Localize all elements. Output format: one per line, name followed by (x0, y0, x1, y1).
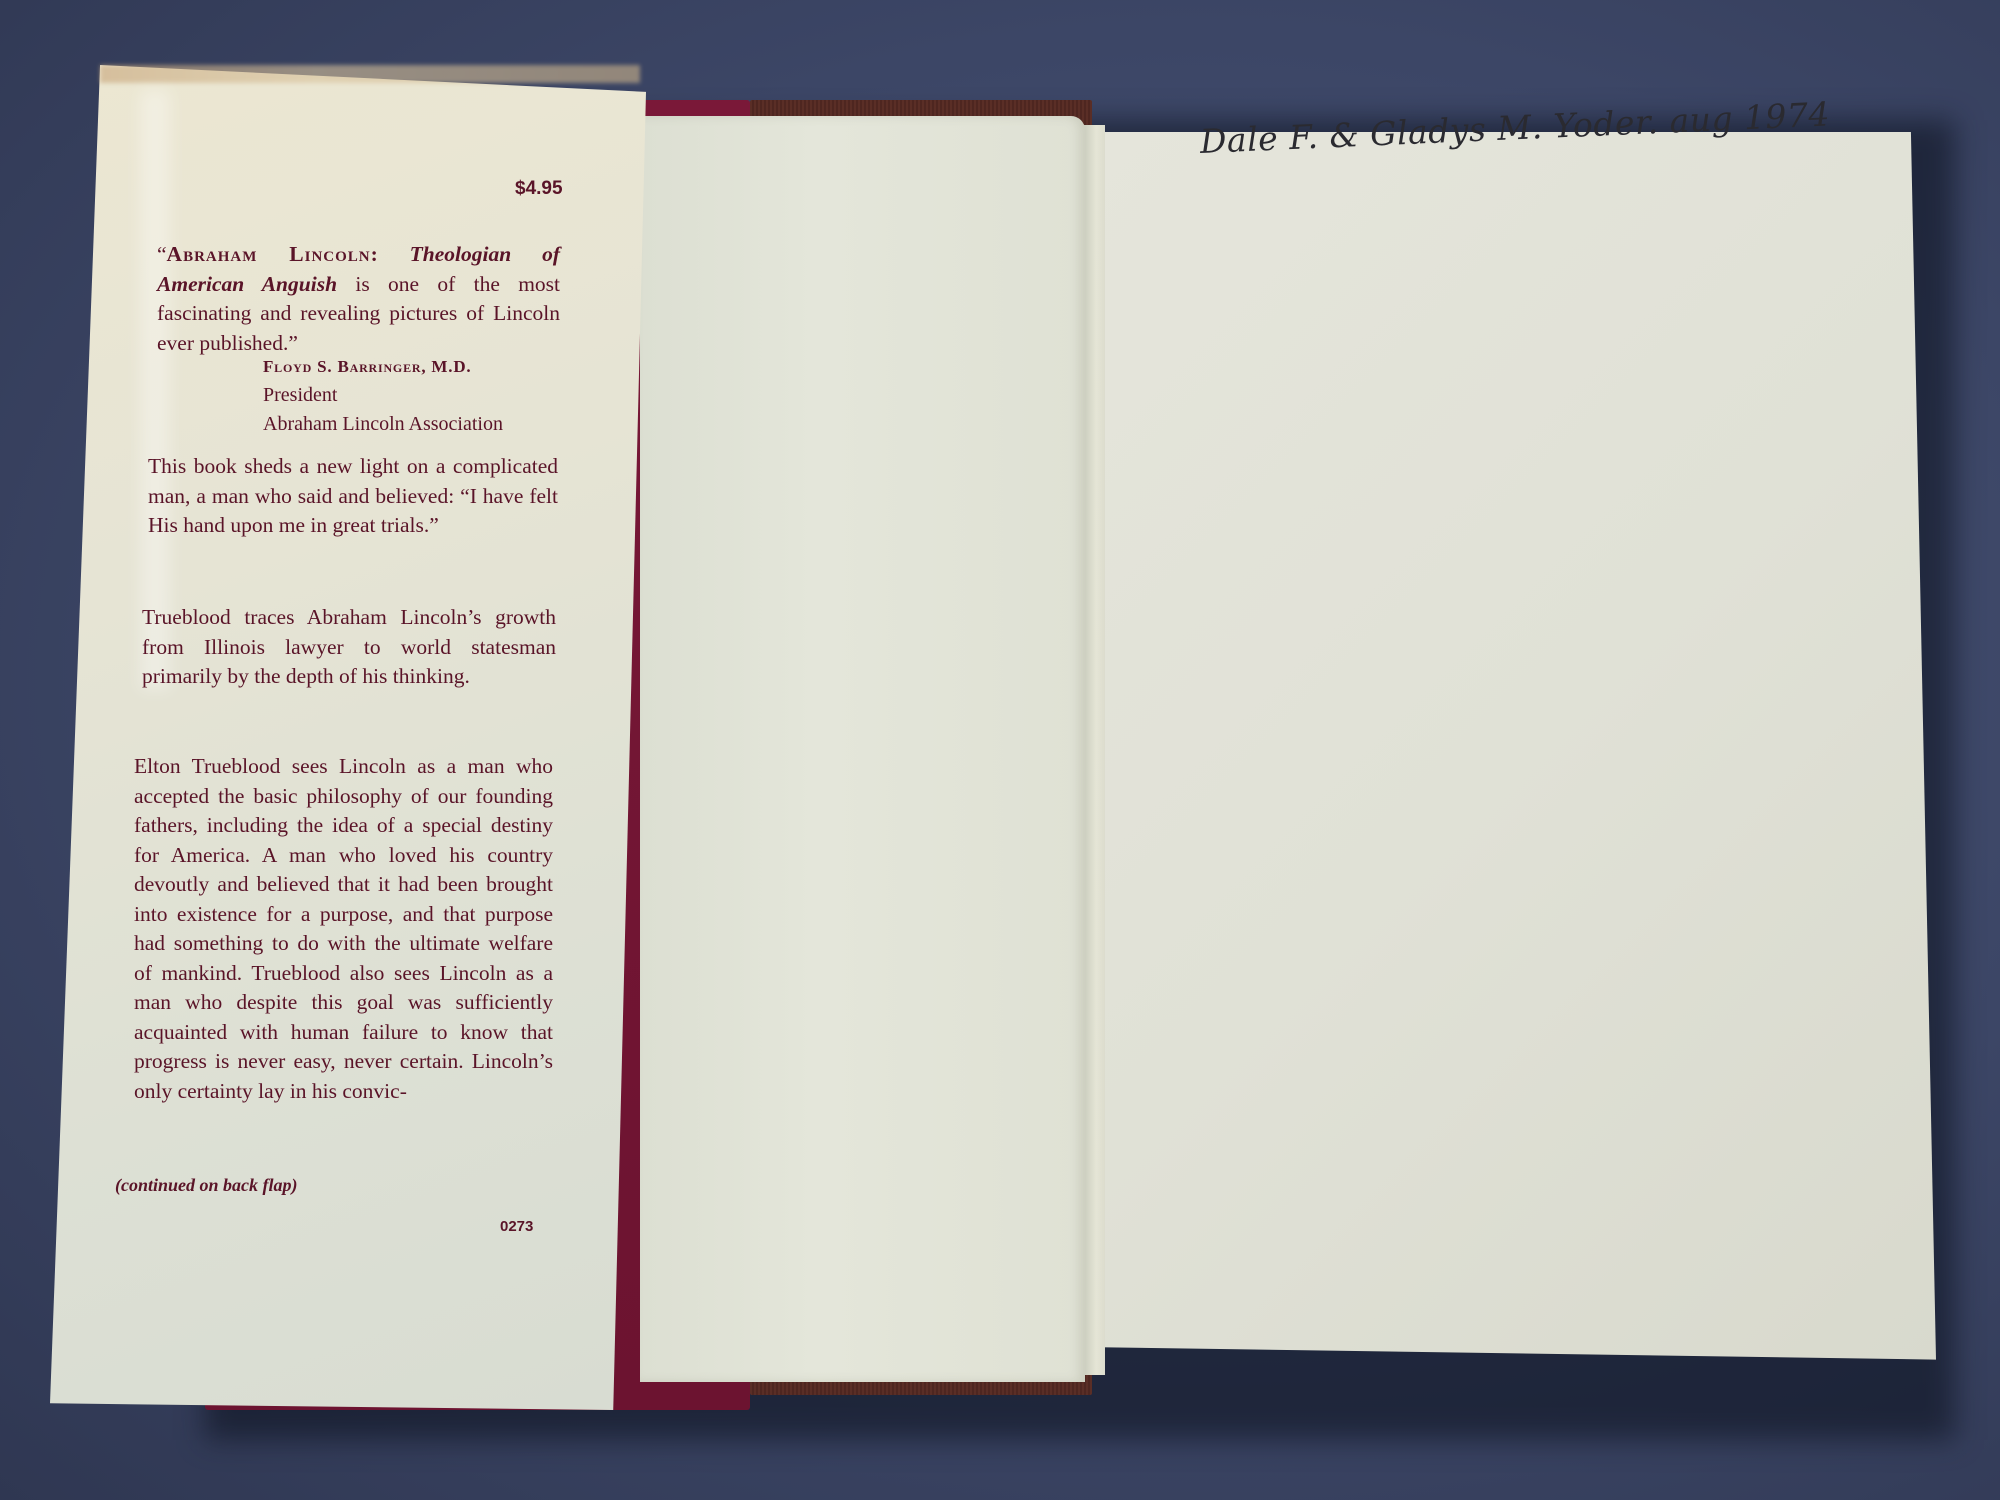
flap-paragraph: Trueblood traces Abraham Lincoln’s growt… (142, 603, 556, 692)
blurb-open-quote: “ (157, 242, 167, 266)
flap-paragraph: This book sheds a new light on a complic… (148, 452, 558, 541)
front-endpaper (640, 116, 1085, 1382)
continued-note: (continued on back flap) (115, 1175, 298, 1196)
price-label: $4.95 (515, 178, 563, 200)
flyleaf-page (1100, 132, 1936, 1372)
blurb-quote: “Abraham Lincoln: Theologian of American… (157, 240, 560, 358)
flap-edge-stain (100, 65, 640, 83)
blurb-attribution: Floyd S. Barringer, M.D. President Abrah… (263, 352, 503, 439)
catalog-code: 0273 (500, 1218, 533, 1235)
book-gutter (1083, 125, 1105, 1375)
attribution-name: Floyd S. Barringer, M.D. (263, 352, 503, 381)
flap-paragraph: Elton Trueblood sees Lincoln as a man wh… (134, 752, 553, 1106)
flap-glare (140, 90, 170, 690)
attribution-role: President (263, 381, 503, 410)
attribution-organization: Abraham Lincoln Association (263, 410, 503, 439)
blurb-title-caps: Abraham Lincoln: (167, 242, 379, 266)
